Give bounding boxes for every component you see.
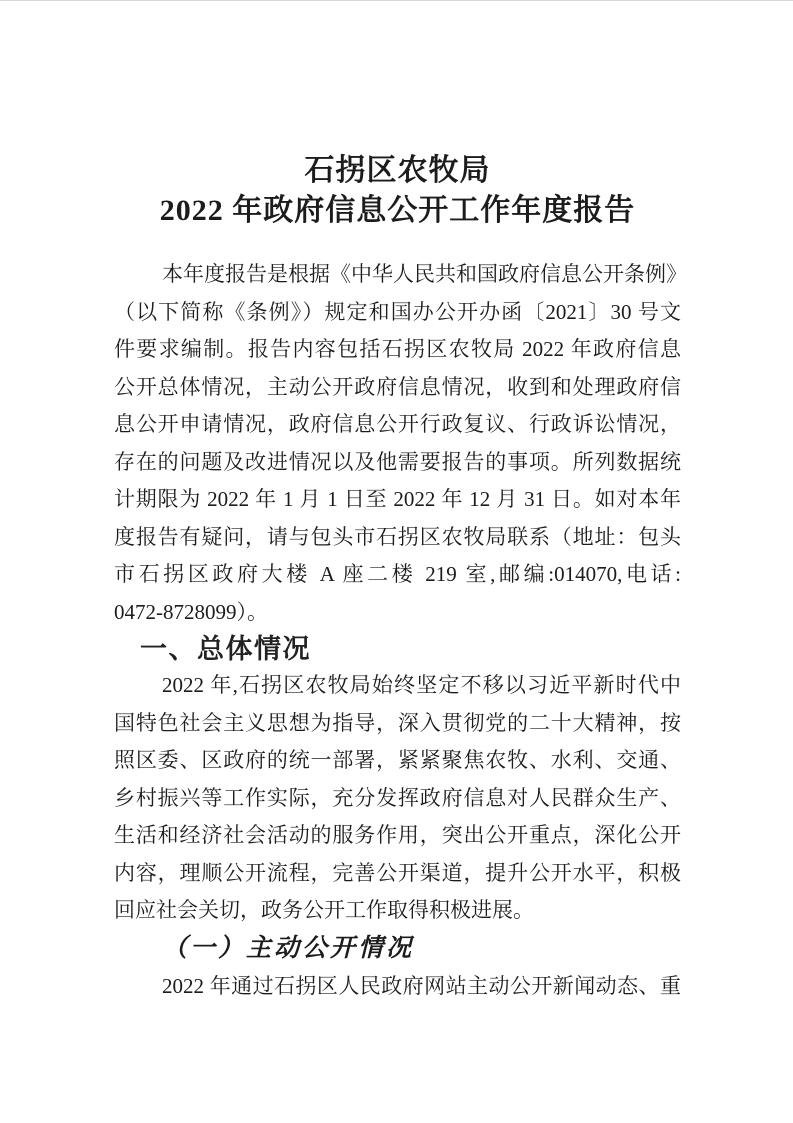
overview-paragraph: 2022 年,石拐区农牧局始终坚定不移以习近平新时代中国特色社会主义思想为指导，…	[114, 667, 681, 930]
text-line: 内容，理顺公开流程，完善公开渠道，提升公开水平，积极	[114, 855, 681, 893]
active-disclosure-paragraph: 2022 年通过石拐区人民政府网站主动公开新闻动态、重	[114, 968, 681, 1006]
text-line: 国特色社会主义思想为指导，深入贯彻党的二十大精神，按	[114, 705, 681, 743]
text-line: （以下简称《条例》）规定和国办公开办函〔2021〕30 号文	[114, 294, 681, 332]
doc-title-line-1: 石拐区农牧局	[114, 151, 681, 191]
text-line: 2022 年,石拐区农牧局始终坚定不移以习近平新时代中	[114, 667, 681, 705]
document-page: 石拐区农牧局 2022 年政府信息公开工作年度报告 本年度报告是根据《中华人民共…	[0, 0, 793, 1123]
text-line: 0472-8728099）。	[114, 594, 681, 632]
text-line: 存在的问题及改进情况以及他需要报告的事项。所列数据统	[114, 444, 681, 482]
text-line: 度报告有疑问，请与包头市石拐区农牧局联系（地址：包头	[114, 519, 681, 557]
text-line: 计期限为 2022 年 1 月 1 日至 2022 年 12 月 31 日。如对…	[114, 481, 681, 519]
text-line: 息公开申请情况，政府信息公开行政复议、行政诉讼情况，	[114, 406, 681, 444]
text-line: 回应社会关切，政务公开工作取得积极进展。	[114, 892, 681, 930]
document-content: 石拐区农牧局 2022 年政府信息公开工作年度报告 本年度报告是根据《中华人民共…	[114, 1, 681, 1005]
text-line: 本年度报告是根据《中华人民共和国政府信息公开条例》	[114, 256, 681, 294]
intro-paragraph: 本年度报告是根据《中华人民共和国政府信息公开条例》（以下简称《条例》）规定和国办…	[114, 256, 681, 631]
text-line: 件要求编制。报告内容包括石拐区农牧局 2022 年政府信息	[114, 331, 681, 369]
text-line: 生活和经济社会活动的服务作用，突出公开重点，深化公开	[114, 817, 681, 855]
doc-title: 石拐区农牧局 2022 年政府信息公开工作年度报告	[114, 151, 681, 231]
text-line: 乡村振兴等工作实际，充分发挥政府信息对人民群众生产、	[114, 780, 681, 818]
doc-title-line-2: 2022 年政府信息公开工作年度报告	[114, 191, 681, 231]
text-line: 市石拐区政府大楼 A 座二楼 219 室,邮编:014070,电话:	[114, 556, 681, 594]
text-line: 2022 年通过石拐区人民政府网站主动公开新闻动态、重	[114, 968, 681, 1006]
subsection-heading-active-disclosure: （一）主动公开情况	[162, 930, 681, 968]
text-line: 公开总体情况，主动公开政府信息情况，收到和处理政府信	[114, 369, 681, 407]
section-heading-overall: 一、总体情况	[140, 631, 681, 667]
text-line: 照区委、区政府的统一部署，紧紧聚焦农牧、水利、交通、	[114, 742, 681, 780]
